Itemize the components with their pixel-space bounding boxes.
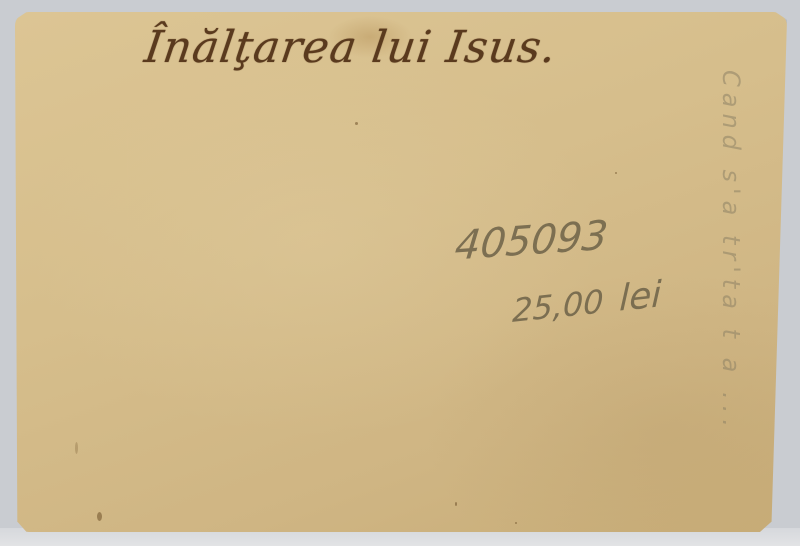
handwritten-title: Înălţarea lui Isus. <box>141 22 560 73</box>
faint-side-note: Cand s'a tr'ta t a ... <box>717 70 745 433</box>
stain-spot <box>97 512 102 521</box>
stain-spot <box>75 442 78 454</box>
stain-spot <box>355 122 358 125</box>
stain-spot <box>615 172 617 174</box>
price-unit: lei <box>619 274 662 320</box>
photo-card-back <box>15 12 787 532</box>
stain-spot <box>455 502 457 506</box>
stain-spot <box>515 522 517 524</box>
